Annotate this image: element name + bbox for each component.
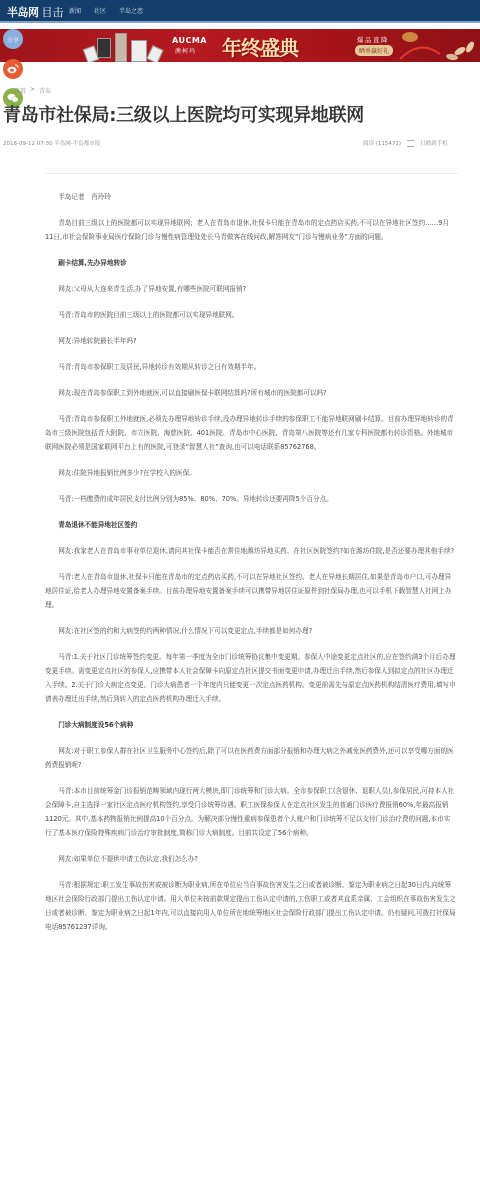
article-meta-right: 阅读 (115471) 扫描到手机 xyxy=(363,139,448,147)
article-paragraph: 青岛目前三级以上的医院都可以实现异地联网；老人在青岛市退休,社保卡只能在青岛市的… xyxy=(45,216,456,244)
article-paragraph: 网友:如果单位不提供申请工伤认定,我们怎么办? xyxy=(45,852,456,866)
article-paragraph: 马青:一档缴费的成年居民支付比例分别为85%、80%、70%。异地转诊还要再降5… xyxy=(45,492,456,506)
article-paragraph: 半岛记者 肖玲玲 xyxy=(45,190,456,204)
article-paragraph: 马青:青岛市参保职工外地就医,必须先办理异地转诊手续,没办理异地转诊手续的参保职… xyxy=(45,412,456,454)
article-meta: 2018-09-12 07:30 半岛网-半岛都市报 xyxy=(3,139,100,147)
article-paragraph: 网友:在社区签的约和大病签的约两种情况,什么情况下可以变更定点,手续都是如何办理… xyxy=(45,624,456,638)
decorative-leaves-icon xyxy=(390,29,480,62)
breadcrumb-home[interactable]: 首页 xyxy=(14,86,26,95)
article-paragraph: 网友:对于职工参保人群在社区卫生服务中心签约后,除了可以在医药费方面部分报销和办… xyxy=(45,744,456,772)
article-paragraph: 马青:青岛市的医院目前三级以上的医院都可以实现异地联网。 xyxy=(45,308,456,322)
appliance-products-image xyxy=(85,33,165,62)
article-paragraph: 网友:我家老人在青岛市事业单位退休,请问其社保卡能否在常住地潍坊异地买药、在社区… xyxy=(45,544,456,558)
section-heading: 青岛退休不能异地社区签约 xyxy=(45,518,456,532)
share-label: 分享 xyxy=(7,35,19,44)
promo-pill: 晒单赢好礼 xyxy=(355,45,393,56)
brand-name-en: AUCMA xyxy=(172,36,207,45)
banner-headline: 年终盛典 xyxy=(222,32,298,61)
breadcrumb-qingdao[interactable]: 青岛 xyxy=(39,86,51,95)
section-heading: 门诊大病制度设56个病种 xyxy=(45,718,456,732)
nav-item-news[interactable]: 新闻 xyxy=(69,6,81,15)
article-paragraph: 网友:异地转院最长半年吗? xyxy=(45,334,456,348)
site-logo[interactable]: 半岛网 目击 xyxy=(7,4,64,19)
breadcrumb-separator: > xyxy=(30,86,35,95)
promo-text: 爆品直降 xyxy=(357,35,389,44)
top-nav-bar: 半岛网 目击 新闻 社区 半岛之恋 xyxy=(0,0,480,23)
article-title: 青岛市社保局:三级以上医院均可实现异地联网 xyxy=(3,101,364,127)
weibo-share-button[interactable] xyxy=(3,59,23,79)
breadcrumb: 首页 > 青岛 xyxy=(14,86,51,95)
article-paragraph: 网友:住院异地报销比例多少?在学校入的医保。 xyxy=(45,466,456,480)
article-paragraph: 网友:父母从大连来青生活,办了异地安置,有哪些医院可联网报销? xyxy=(45,282,456,296)
ad-banner[interactable]: AUCMA 澳柯玛 年终盛典 爆品直降 晒单赢好礼 xyxy=(0,29,480,62)
article-body: 半岛记者 肖玲玲青岛目前三级以上的医院都可以实现异地联网；老人在青岛市退休,社保… xyxy=(45,190,456,946)
weibo-icon xyxy=(7,64,19,74)
share-button[interactable]: 分享 xyxy=(3,29,23,49)
logo-sub: 目击 xyxy=(42,4,64,20)
section-heading: 刷卡结算,先办异地转诊 xyxy=(45,256,456,270)
article-paragraph: 马青:根据规定:职工发生事故伤害或被诊断为职业病,所在单位应当自事故伤害发生之日… xyxy=(45,878,456,934)
read-count: 阅读 (115471) xyxy=(363,139,401,147)
nav-item-community[interactable]: 社区 xyxy=(94,6,106,15)
divider xyxy=(45,173,458,174)
nav-item-love[interactable]: 半岛之恋 xyxy=(119,6,143,15)
scan-to-phone-link[interactable]: 扫描到手机 xyxy=(420,139,448,147)
article-paragraph: 网友:现在青岛参保职工到外地就医,可以直接刷医保卡联网结算吗?所有城市的医院都可… xyxy=(45,386,456,400)
article-paragraph: 马青:1.关于社区门诊统筹签约变更。每年第一季度为全市门诊统筹协议集中变更期。参… xyxy=(45,650,456,706)
article-paragraph: 马青:本市目前统筹金门诊报销范畴领域内现行两大模块,即门诊统筹和门诊大病。全市参… xyxy=(45,784,456,840)
brand-name-cn: 澳柯玛 xyxy=(175,46,196,55)
qr-scan-icon[interactable] xyxy=(407,140,414,147)
main-nav: 新闻 社区 半岛之恋 xyxy=(69,6,143,15)
article-paragraph: 马青:青岛市参保职工及居民,异地转诊有效期从转诊之日有效期半年。 xyxy=(45,360,456,374)
logo-mark: 半岛网 xyxy=(7,4,39,20)
article-paragraph: 马青:老人在青岛市退休,社保卡只能在青岛市的定点药店买药,不可以在异地社区签约。… xyxy=(45,570,456,612)
